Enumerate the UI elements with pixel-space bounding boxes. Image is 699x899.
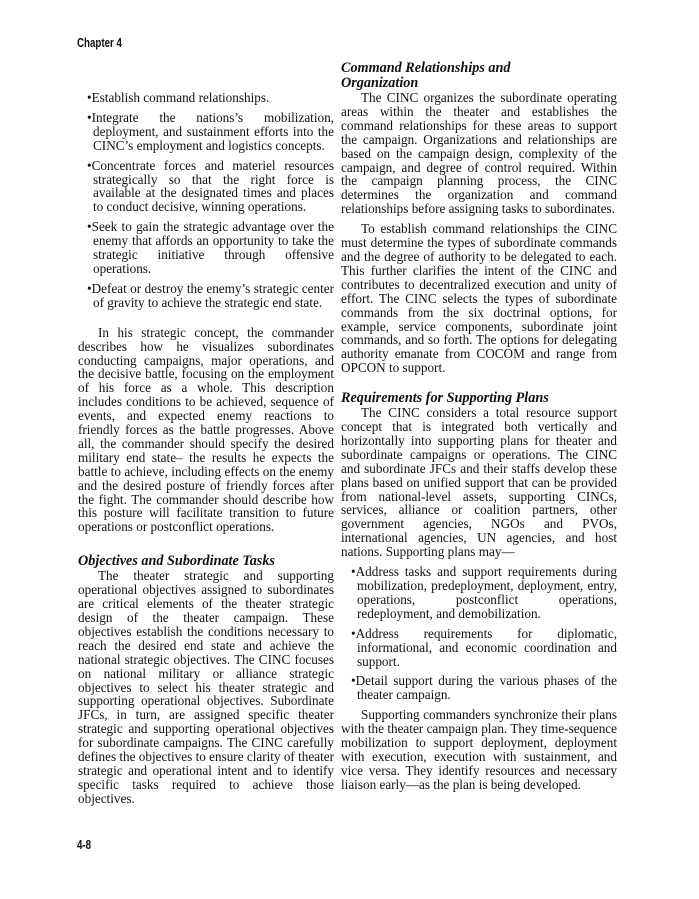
bullet-item: •Seek to gain the strategic advantage ov…: [87, 220, 334, 276]
requirements-paragraph-2: Supporting commanders synchronize their …: [341, 708, 617, 791]
bullet-item: •Detail support during the various phase…: [351, 674, 617, 702]
strategic-concept-paragraph: In his strategic concept, the commander …: [78, 326, 334, 535]
bullet-item: •Establish command relationships.: [87, 91, 334, 105]
requirements-paragraph-1: The CINC considers a total resource supp…: [341, 406, 617, 559]
left-column: •Establish command relationships. •Integ…: [78, 91, 334, 812]
bullet-item: •Defeat or destroy the enemy’s strategic…: [87, 282, 334, 310]
right-column: Command Relationships and Organization T…: [341, 61, 617, 798]
heading-line: Organization: [341, 75, 418, 91]
section-heading-objectives: Objectives and Subordinate Tasks: [78, 554, 334, 569]
bullet-item: •Concentrate forces and materiel resourc…: [87, 159, 334, 215]
command-paragraph-2: To establish command relationships the C…: [341, 222, 617, 375]
page-number: 4-8: [77, 838, 91, 852]
bullet-item: •Integrate the nations’s mobilization, d…: [87, 111, 334, 153]
command-paragraph-1: The CINC organizes the subordinate opera…: [341, 91, 617, 216]
objectives-paragraph: The theater strategic and supporting ope…: [78, 569, 334, 805]
bullet-item: •Address requirements for diplomatic, in…: [351, 627, 617, 669]
bullet-item: •Address tasks and support requirements …: [351, 565, 617, 621]
heading-line: Command Relationships and: [341, 60, 511, 76]
section-heading-supporting-plans: Requirements for Supporting Plans: [341, 391, 617, 406]
chapter-header: Chapter 4: [77, 36, 122, 50]
section-heading-command-relationships: Command Relationships and Organization: [341, 61, 617, 91]
